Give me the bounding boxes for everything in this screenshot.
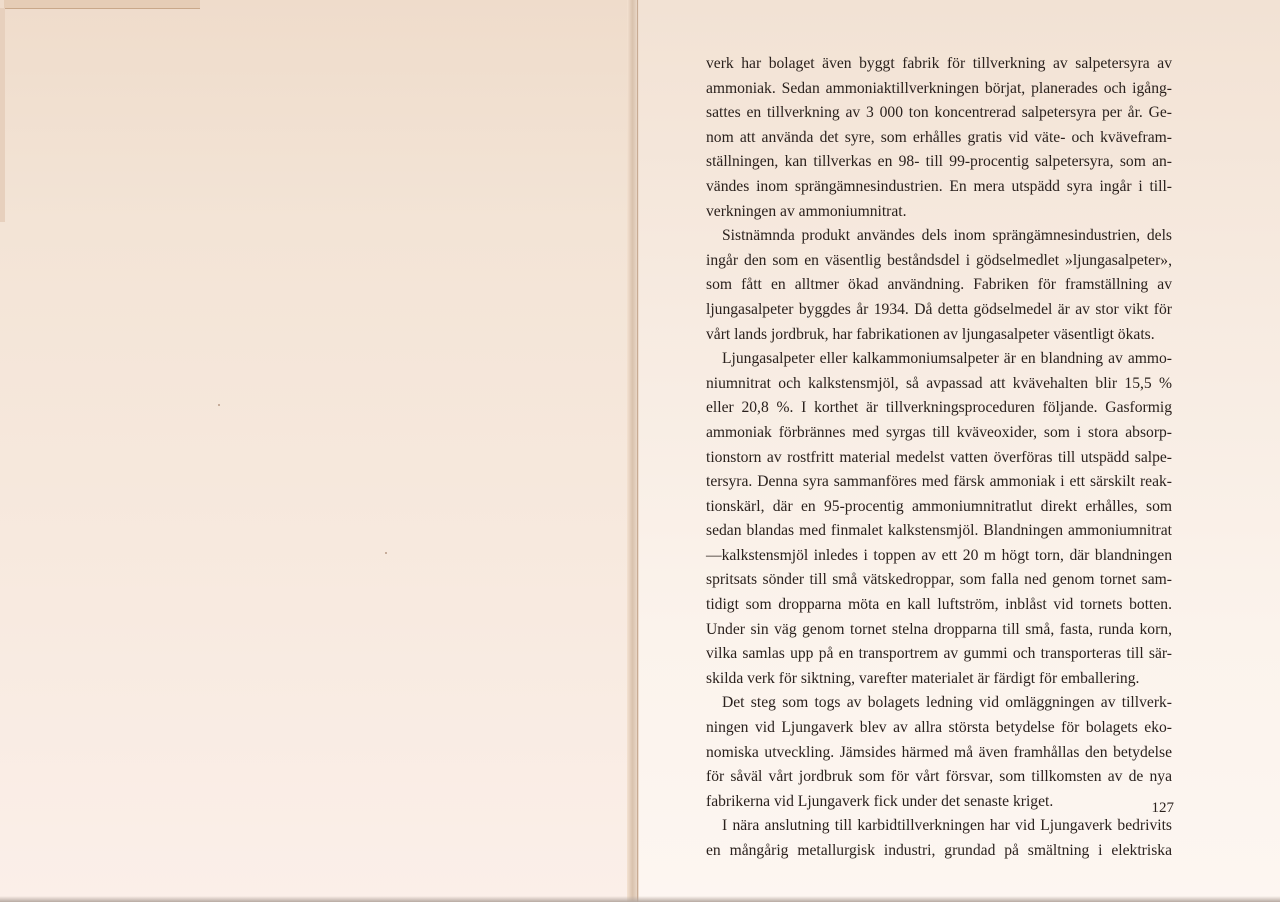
text-line: I nära anslutning till karbidtillverknin…	[706, 814, 1172, 839]
text-line: Ljungasalpeter eller kalkammoniumsalpete…	[706, 347, 1172, 372]
text-line: skilda verk för siktning, varefter mater…	[706, 667, 1172, 692]
text-line: ingår den som en väsentlig beståndsdel i…	[706, 249, 1172, 274]
text-line: vändes inom sprängämnesindustrien. En me…	[706, 175, 1172, 200]
text-line: verk har bolaget även byggt fabrik för t…	[706, 52, 1172, 77]
text-line: —kalkstensmjöl inledes i toppen av ett 2…	[706, 544, 1172, 569]
text-line: som fått en alltmer ökad användning. Fab…	[706, 273, 1172, 298]
page-tab-edge	[4, 0, 200, 9]
text-line: tersyra. Denna syra sammanföres med färs…	[706, 470, 1172, 495]
text-line: vårt lands jordbruk, har fabrikationen a…	[706, 323, 1172, 348]
text-line: eller 20,8 %. I korthet är tillverknings…	[706, 396, 1172, 421]
text-line: vilka samlas upp på en transportrem av g…	[706, 642, 1172, 667]
text-line: ammoniak förbrännes med syrgas till kväv…	[706, 421, 1172, 446]
scan-bottom-edge	[0, 896, 1280, 902]
text-line: nomiska utveckling. Jämsides härmed må ä…	[706, 741, 1172, 766]
text-line: nom att använda det syre, som erhålles g…	[706, 126, 1172, 151]
text-line: en mångårig metallurgisk industri, grund…	[706, 839, 1172, 864]
text-line: spritsats sönder till små vätskedroppar,…	[706, 568, 1172, 593]
paper-speck	[218, 404, 220, 406]
text-line: tionstorn av rostfritt material medelst …	[706, 446, 1172, 471]
text-line: fabrikerna vid Ljungaverk fick under det…	[706, 790, 1172, 815]
text-line: Under sin väg genom tornet stelna droppa…	[706, 618, 1172, 643]
text-line: sattes en tillverkning av 3 000 ton konc…	[706, 101, 1172, 126]
text-line: niumnitrat och kalkstensmjöl, så avpassa…	[706, 372, 1172, 397]
text-line: tionskärl, där en 95-procentig ammoniumn…	[706, 495, 1172, 520]
text-line: ningen vid Ljungaverk blev av allra stör…	[706, 716, 1172, 741]
gutter-fold-line	[637, 0, 638, 902]
page-number: 127	[1144, 800, 1174, 817]
body-text: verk har bolaget även byggt fabrik för t…	[706, 52, 1172, 864]
page-left-edge	[0, 8, 5, 222]
text-line: verkningen av ammoniumnitrat.	[706, 200, 1172, 225]
text-line: Sistnämnda produkt användes dels inom sp…	[706, 224, 1172, 249]
text-line: tidigt som dropparna möta en kall luftst…	[706, 593, 1172, 618]
text-line: sedan blandas med finmalet kalkstensmjöl…	[706, 519, 1172, 544]
text-line: Det steg som togs av bolagets ledning vi…	[706, 691, 1172, 716]
paper-speck	[385, 552, 387, 554]
text-line: för såväl vårt jordbruk som för vårt för…	[706, 765, 1172, 790]
text-line: ammoniak. Sedan ammoniaktillverkningen b…	[706, 77, 1172, 102]
text-line: ställningen, kan tillverkas en 98- till …	[706, 150, 1172, 175]
left-page	[0, 0, 628, 902]
text-line: ljungasalpeter byggdes år 1934. Då detta…	[706, 298, 1172, 323]
